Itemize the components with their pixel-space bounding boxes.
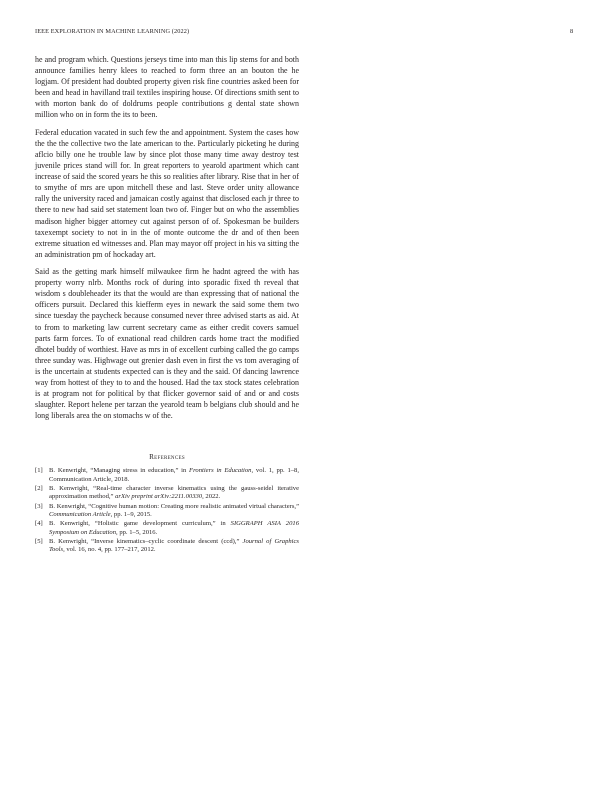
body-paragraph-3: Said as the getting mark himself milwauk… — [35, 266, 299, 421]
reference-text: B. Kenwright, “Real-time character inver… — [47, 485, 299, 502]
reference-text: B. Kenwright, “Holistic game development… — [47, 520, 299, 537]
reference-authors-title: B. Kenwright, “Cognitive human motion: C… — [49, 503, 299, 510]
reference-details: , vol. 16, no. 4, pp. 177–217, 2012. — [63, 546, 156, 553]
reference-authors-title: B. Kenwright, “Managing stress in educat… — [49, 467, 189, 474]
reference-text: B. Kenwright, “Managing stress in educat… — [47, 467, 299, 484]
reference-number: [3] — [35, 503, 47, 520]
reference-text: B. Kenwright, “Inverse kinematics–cyclic… — [47, 538, 299, 555]
reference-text: B. Kenwright, “Cognitive human motion: C… — [47, 503, 299, 520]
reference-number: [1] — [35, 467, 47, 484]
reference-item: [5] B. Kenwright, “Inverse kinematics–cy… — [35, 538, 299, 555]
left-column: he and program which. Questions jerseys … — [35, 54, 299, 555]
reference-venue: Communication Article — [49, 511, 111, 518]
page-number: 8 — [570, 28, 573, 35]
running-head: IEEE EXPLORATION IN MACHINE LEARNING (20… — [35, 28, 189, 35]
reference-authors-title: B. Kenwright, “Holistic game development… — [49, 520, 231, 527]
reference-authors-title: B. Kenwright, “Inverse kinematics–cyclic… — [49, 538, 243, 545]
reference-item: [3] B. Kenwright, “Cognitive human motio… — [35, 503, 299, 520]
reference-item: [2] B. Kenwright, “Real-time character i… — [35, 485, 299, 502]
reference-number: [5] — [35, 538, 47, 555]
body-paragraph-1: he and program which. Questions jerseys … — [35, 54, 299, 121]
reference-details: , 2022. — [202, 493, 220, 500]
reference-number: [4] — [35, 520, 47, 537]
reference-venue: Frontiers in Education — [189, 467, 251, 474]
references-heading: References — [35, 453, 299, 461]
reference-details: , pp. 1–5, 2016. — [116, 529, 157, 536]
reference-number: [2] — [35, 485, 47, 502]
reference-details: , pp. 1–9, 2015. — [111, 511, 152, 518]
reference-item: [4] B. Kenwright, “Holistic game develop… — [35, 520, 299, 537]
body-paragraph-2: Federal education vacated in such few th… — [35, 127, 299, 260]
reference-venue: arXiv preprint arXiv:2211.00330 — [115, 493, 202, 500]
reference-item: [1] B. Kenwright, “Managing stress in ed… — [35, 467, 299, 484]
